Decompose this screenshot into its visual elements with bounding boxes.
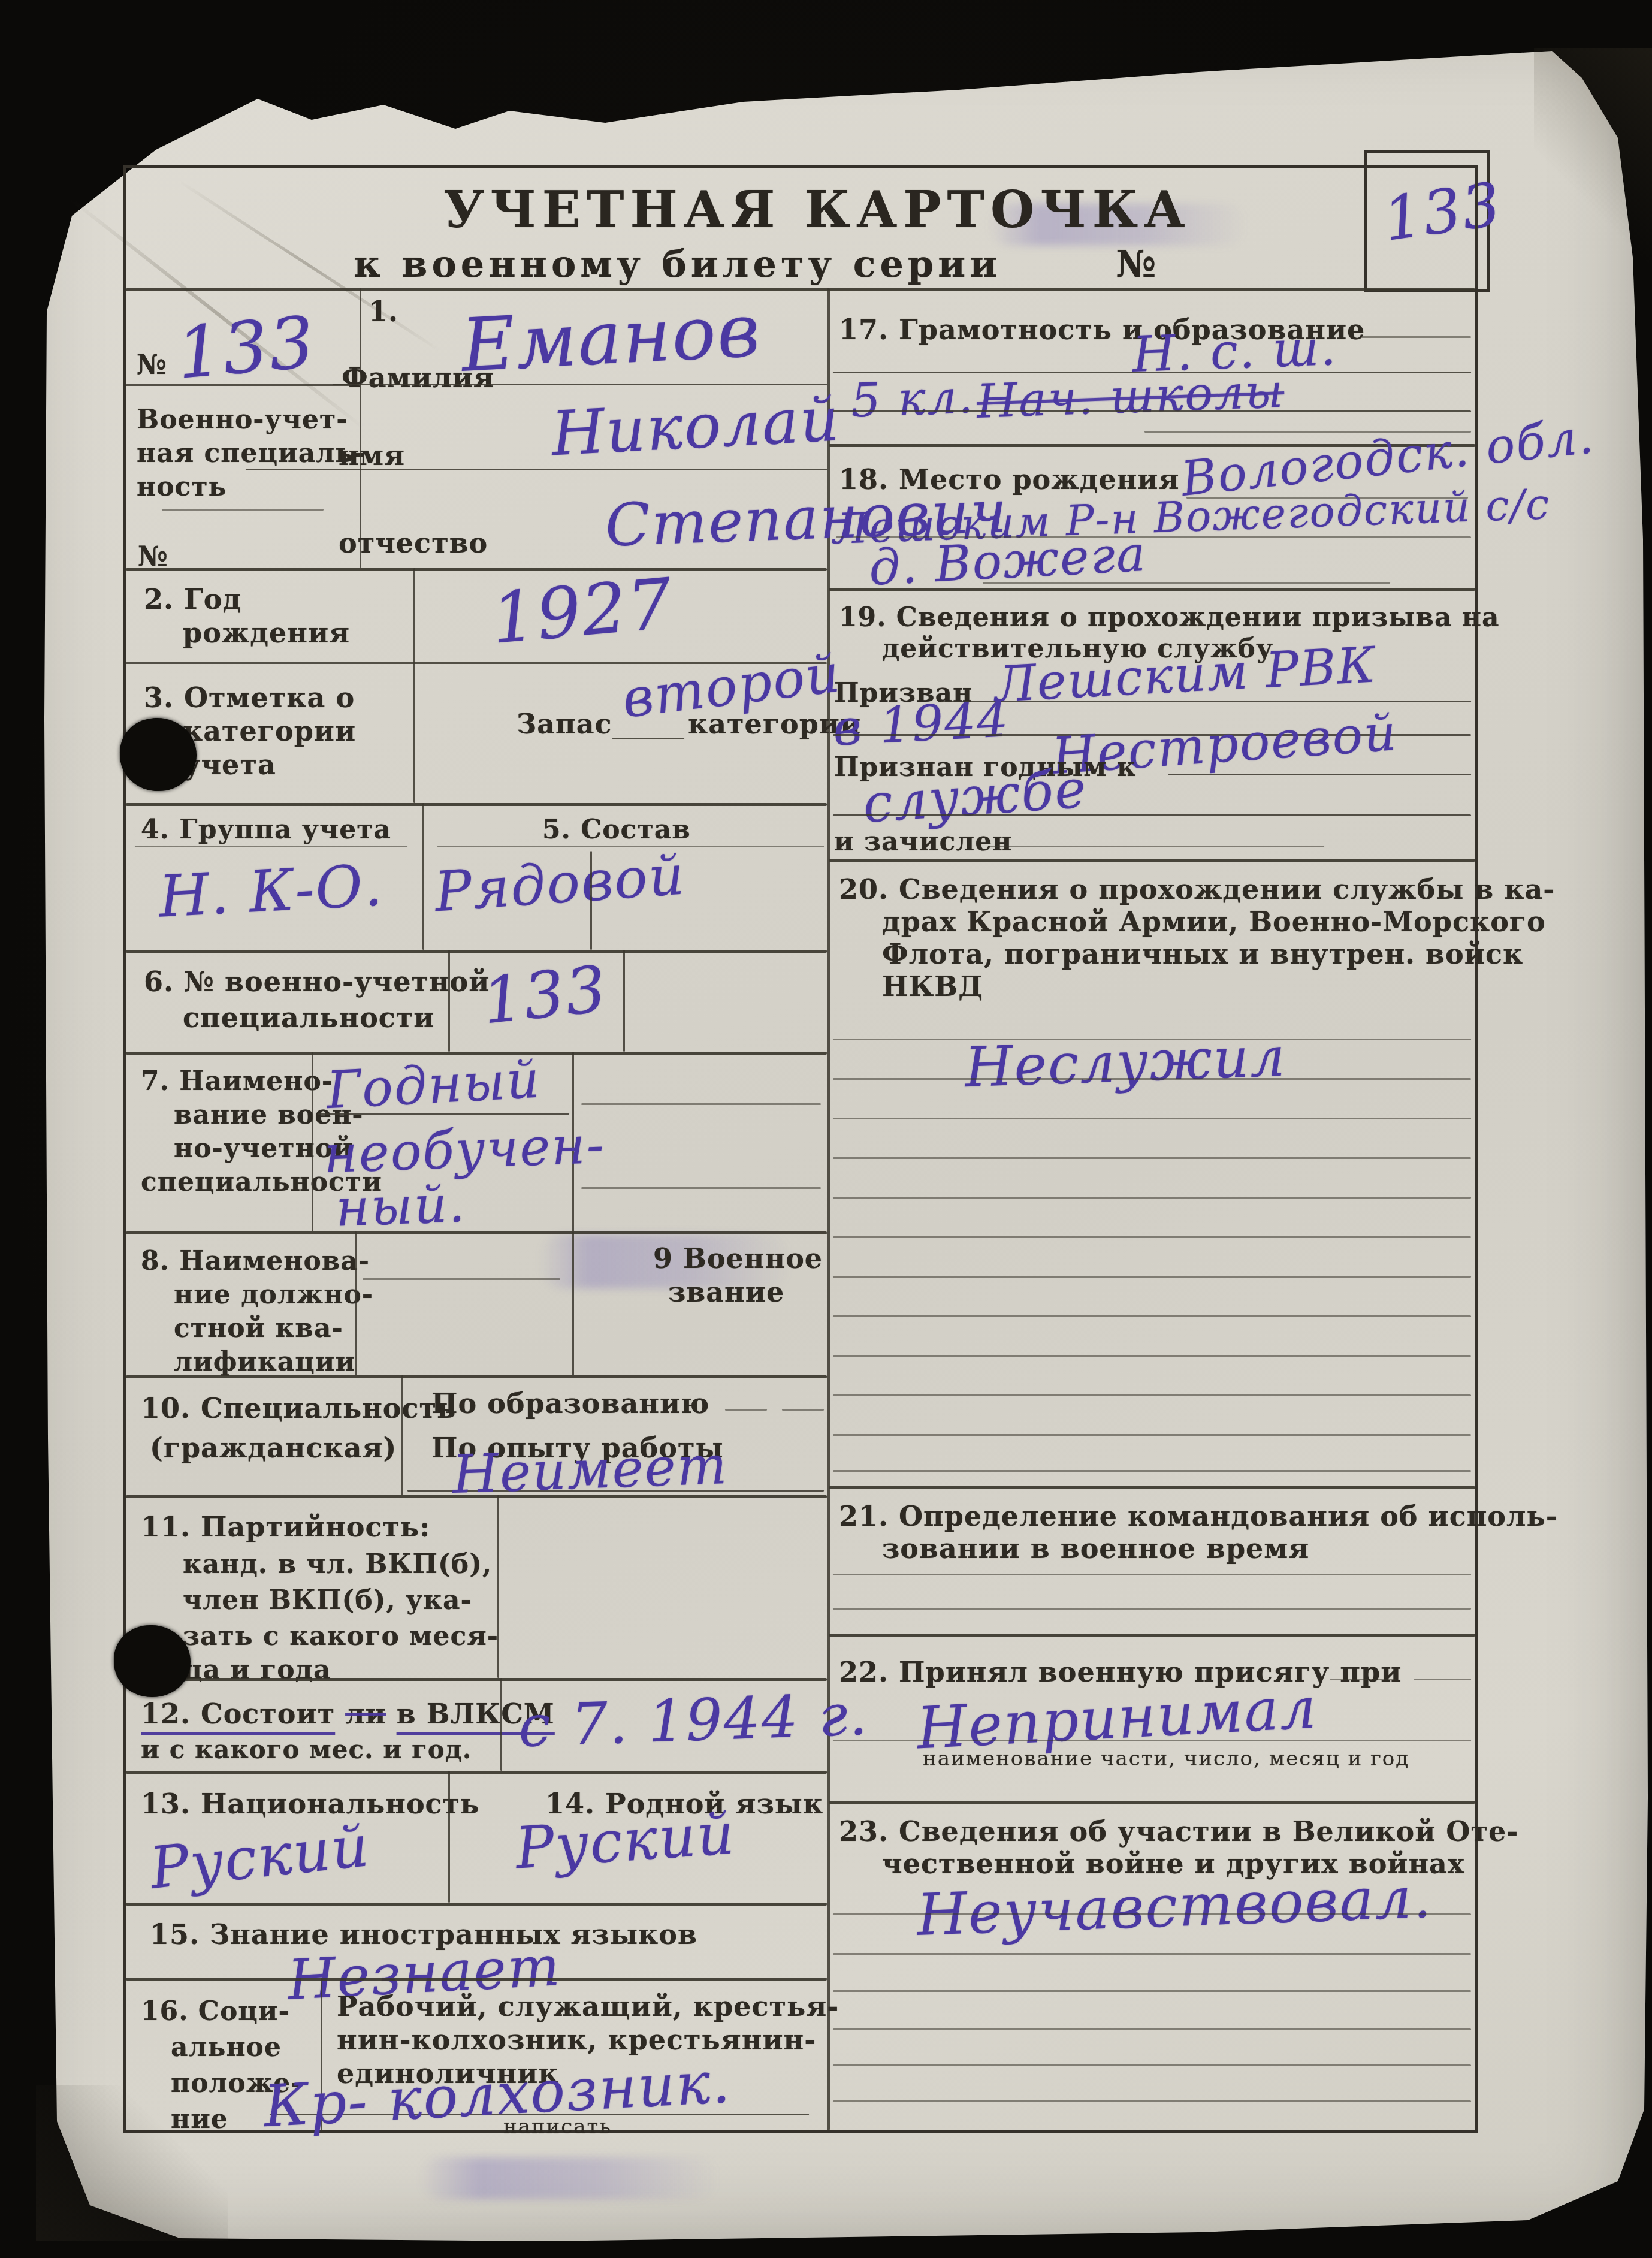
divider xyxy=(829,588,1475,591)
divider xyxy=(126,288,1475,291)
field4-label: 4. Группа учета xyxy=(141,813,391,847)
field20-value: Неслужил xyxy=(964,1025,1287,1100)
divider xyxy=(833,2064,1471,2066)
divider xyxy=(623,950,625,1052)
field11-label-2: канд. в чл. ВКП(б), xyxy=(183,1548,492,1581)
divider xyxy=(126,1771,827,1774)
divider xyxy=(422,803,424,950)
divider xyxy=(782,1409,824,1411)
zachislen-label: и зачислен xyxy=(834,825,1012,859)
divider xyxy=(983,582,1390,584)
field10-label-1: 10. Специальность xyxy=(141,1392,456,1424)
field5-label: 5. Состав xyxy=(542,813,691,847)
field7-value-1: Годный xyxy=(325,1050,542,1121)
surname-value: Еманов xyxy=(460,288,763,388)
divider xyxy=(581,1103,821,1105)
field20-label-3: Флота, пограничных и внутрен. войск xyxy=(882,938,1523,970)
divider xyxy=(833,1740,1471,1741)
field4-value: Н. К-О. xyxy=(157,852,385,930)
divider xyxy=(829,859,1475,862)
field11-label-1: 11. Партийность: xyxy=(141,1511,430,1543)
field5-value: Рядовой xyxy=(433,843,687,925)
field16-value: Кр- колхозник. xyxy=(262,2049,733,2141)
divider xyxy=(126,950,827,953)
divider xyxy=(581,1187,821,1189)
vus-label-3: ность xyxy=(137,470,226,504)
reg-no2-label: № xyxy=(138,540,168,572)
field6-value: 133 xyxy=(479,952,611,1038)
hole-punch xyxy=(114,1625,191,1697)
field9-label-2: звание xyxy=(668,1276,784,1308)
divider xyxy=(941,701,1471,702)
card-frame: № 133 Военно-учет- ная специаль- ность №… xyxy=(123,165,1478,2133)
field11-label-4: зать с какого меся- xyxy=(183,1620,499,1653)
divider xyxy=(1168,774,1471,775)
field21-label-1: 21. Определение командования об исполь- xyxy=(839,1500,1558,1532)
field2-label-1: 2. Год xyxy=(144,583,241,615)
divider xyxy=(833,410,1471,412)
divider xyxy=(833,1197,1471,1199)
column-divider xyxy=(827,288,830,2130)
divider xyxy=(355,1231,357,1375)
divider xyxy=(590,851,592,950)
prizvan-value-2: в 1944 xyxy=(832,691,1011,757)
field11-label-5: ца и года xyxy=(183,1653,331,1687)
field8-label-4: лификации xyxy=(174,1345,355,1379)
divider xyxy=(126,1231,827,1234)
divider xyxy=(833,1574,1471,1575)
field3-label-2: категории xyxy=(183,715,356,747)
divider xyxy=(989,846,1324,847)
field8-label-3: стной ква- xyxy=(174,1312,343,1345)
divider xyxy=(1414,1679,1471,1680)
divider xyxy=(497,1495,499,1678)
divider xyxy=(126,1978,827,1981)
field12-value: с 7. 1944 г. xyxy=(517,1681,869,1760)
divider xyxy=(246,469,827,470)
field13-label: 13. Национальность xyxy=(141,1788,479,1820)
vus-label-1: Военно-учет- xyxy=(137,403,348,437)
field22-note: наименование части, число, месяц и год xyxy=(923,1747,1409,1771)
field22-label: 22. Принял военную присягу при xyxy=(839,1656,1402,1688)
divider xyxy=(126,803,827,806)
divider xyxy=(500,1678,502,1771)
divider xyxy=(360,288,361,568)
field13-value: Руский xyxy=(147,1812,373,1902)
field7-label-1: 7. Наимено- xyxy=(141,1065,333,1098)
divider xyxy=(833,1118,1471,1119)
divider xyxy=(1330,1679,1396,1680)
divider xyxy=(833,1953,1471,1955)
field8-label-2: ние должно- xyxy=(174,1278,373,1312)
divider xyxy=(126,1375,827,1378)
name-label: имя xyxy=(339,439,405,472)
field16-label-2: альное xyxy=(171,2031,282,2064)
divider xyxy=(312,1052,313,1231)
field16-label-4: ние xyxy=(171,2103,228,2136)
divider xyxy=(126,384,360,386)
field3-label-3: учета xyxy=(183,748,276,781)
field8-label-1: 8. Наименова- xyxy=(141,1245,370,1278)
divider xyxy=(572,1231,574,1375)
name-value: Николай xyxy=(549,384,842,470)
field20-label-4: НКВД xyxy=(882,970,983,1003)
divider xyxy=(833,1608,1471,1610)
divider xyxy=(833,1078,1471,1080)
divider xyxy=(833,2100,1471,2102)
divider xyxy=(126,1495,827,1498)
field2-label-2: рождения xyxy=(183,617,350,649)
by-education-label: По образованию xyxy=(431,1387,709,1420)
field12-label-2: и с какого мес. и год. xyxy=(141,1735,472,1764)
divider xyxy=(833,2028,1471,2030)
divider xyxy=(833,1434,1471,1436)
divider xyxy=(829,1486,1475,1489)
divider xyxy=(126,568,827,571)
field16-label-1: 16. Соци- xyxy=(141,1995,290,2028)
divider xyxy=(126,1678,827,1681)
divider xyxy=(612,738,684,739)
divider xyxy=(833,1394,1471,1396)
divider xyxy=(833,1236,1471,1238)
zapas-label: Запас xyxy=(517,708,612,740)
field12-li-struck: ли xyxy=(345,1698,386,1730)
birth-year-value: 1927 xyxy=(488,563,676,660)
divider xyxy=(833,1913,1471,1915)
divider xyxy=(833,1355,1471,1357)
field7-value-3: ный. xyxy=(334,1174,467,1239)
reg-no-label: № xyxy=(137,348,167,381)
field16-options-1: Рабочий, служащий, крестья- xyxy=(337,1990,839,2022)
ink-bleed xyxy=(419,2157,719,2199)
divider xyxy=(829,1634,1475,1637)
field10-label-2: (гражданская) xyxy=(150,1432,397,1464)
field6-label-1: 6. № военно-учетной xyxy=(144,965,490,998)
field19-label-1: 19. Сведения о прохождении призыва на xyxy=(839,601,1499,635)
divider xyxy=(401,1375,403,1495)
divider xyxy=(833,1315,1471,1317)
field21-label-2: зовании в военное время xyxy=(882,1532,1309,1565)
divider xyxy=(126,1903,827,1906)
vus-label-2: ная специаль- xyxy=(137,437,365,470)
scanned-military-card: УЧЕТНАЯ КАРТОЧКА к военному билету серии… xyxy=(0,0,1652,2258)
divider xyxy=(725,1409,767,1411)
field3-label-1: 3. Отметка о xyxy=(144,681,355,714)
field11-label-3: член ВКП(б), ука- xyxy=(183,1584,472,1617)
divider xyxy=(829,1801,1475,1804)
divider xyxy=(135,846,407,847)
hole-punch xyxy=(120,718,197,791)
patronymic-label: отчество xyxy=(339,527,488,559)
divider xyxy=(833,1990,1471,1992)
field16-options-2: нин-колхозник, крестьянин- xyxy=(337,2024,816,2056)
divider xyxy=(162,509,324,511)
divider xyxy=(833,1157,1471,1159)
field17-value-2b-struck: Нач. школы xyxy=(976,364,1285,429)
divider xyxy=(318,1113,569,1115)
field23-label-1: 23. Сведения об участии в Великой Оте- xyxy=(839,1815,1518,1848)
divider xyxy=(448,950,450,1052)
divider xyxy=(833,1470,1471,1472)
divider xyxy=(333,384,827,385)
field9-label-1: 9 Военное xyxy=(653,1242,823,1275)
patronymic-value: Степанович xyxy=(604,478,1009,560)
divider xyxy=(833,814,1471,816)
divider xyxy=(363,1278,560,1280)
field20-label-1: 20. Сведения о прохождении службы в ка- xyxy=(839,873,1555,905)
field12-label-a: 12. Состоит xyxy=(141,1698,335,1730)
divider xyxy=(413,568,415,803)
field17-value-2a: 5 кл. xyxy=(850,370,974,428)
divider xyxy=(448,1771,450,1903)
reg-no-value: 133 xyxy=(173,300,318,395)
divider xyxy=(833,1276,1471,1278)
field6-label-2: специальности xyxy=(183,1001,435,1034)
field20-label-2: драх Красной Армии, Военно-Морского xyxy=(882,905,1546,938)
field1-num: 1. xyxy=(369,295,398,328)
divider xyxy=(1360,336,1471,338)
